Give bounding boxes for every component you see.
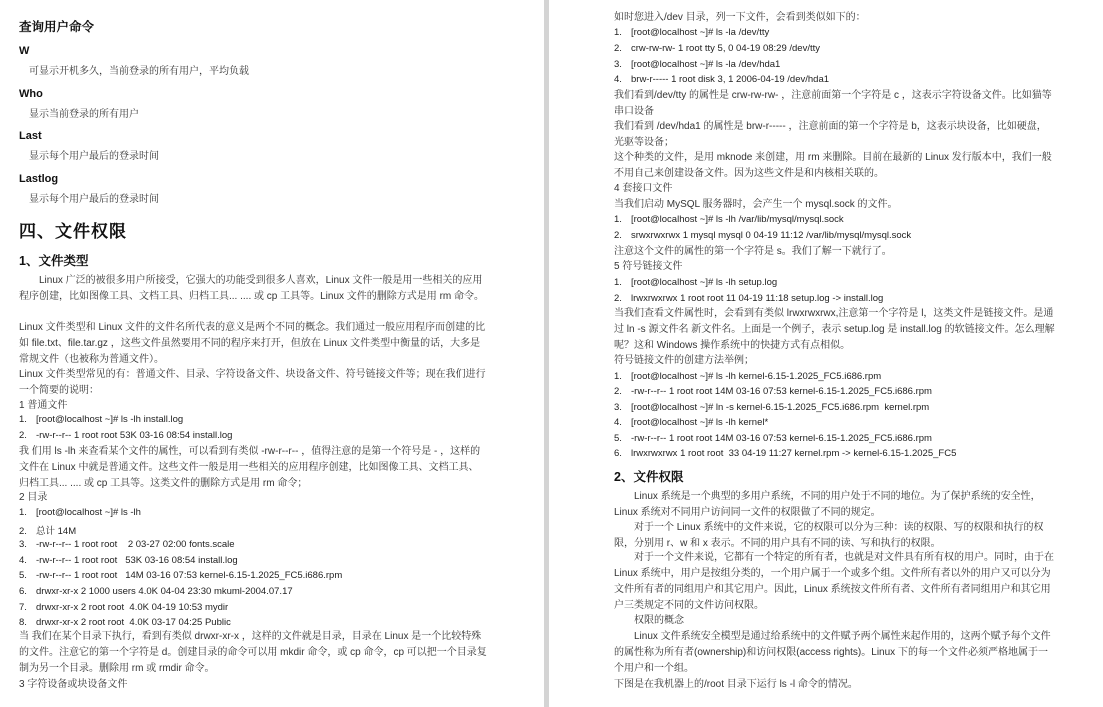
code-line: 1.[root@localhost ~]# ls -lh <box>19 507 141 518</box>
code-line: 2.srwxrwxrwx 1 mysql mysql 0 04-19 11:12… <box>614 230 911 241</box>
paragraph-dev-intro: 如时您进入/dev 目录，列一下文件，会看到类似如下的： <box>614 10 866 26</box>
code-line: 4.-rw-r--r-- 1 root root 53K 03-16 08:54… <box>19 555 238 566</box>
paragraph-file-type-list: Linux 文件类型常见的有：普通文件、目录、字符设备文件、块设备文件、符号链接… <box>19 367 487 399</box>
command-name-who: Who <box>19 88 43 100</box>
code-line: 7.drwxr-xr-x 2 root root 4.0K 04-19 10:5… <box>19 602 228 613</box>
paragraph-ls-l-figure: 下图是在我机器上的/root 目录下运行 ls -l 命令的情况。 <box>614 677 858 693</box>
paragraph-directory: 当 我们在某个目录下执行，看到有类似 drwxr-xr-x ，这样的文件就是目录… <box>19 629 487 677</box>
code-line: 1.[root@localhost ~]# ls -lh kernel-6.15… <box>614 371 881 382</box>
command-name-w: W <box>19 45 29 57</box>
code-line: 2.-rw-r--r-- 1 root root 14M 03-16 07:53… <box>614 386 932 397</box>
code-line: 2.lrwxrwxrwx 1 root root 11 04-19 11:18 … <box>614 293 883 304</box>
command-name-lastlog: Lastlog <box>19 173 58 185</box>
code-line: 4.brw-r----- 1 root disk 3, 1 2006-04-19… <box>614 74 829 85</box>
paragraph-permissions-intro: Linux 系统是一个典型的多用户系统，不同的用户处于不同的地位。为了保护系统的… <box>614 489 1056 521</box>
code-line: 2.总计 14M <box>19 523 76 537</box>
paragraph-security-model: Linux 文件系统安全模型是通过给系统中的文件赋予两个属性来起作用的，这两个赋… <box>614 629 1056 677</box>
code-line: 1.[root@localhost ~]# ls -lh setup.log <box>614 277 777 288</box>
label-regular-file: 1 普通文件 <box>19 398 67 414</box>
subsection-title-file-permissions: 2、文件权限 <box>614 467 683 485</box>
document-page-right: 如时您进入/dev 目录，列一下文件，会看到类似如下的： 1.[root@loc… <box>549 0 1103 707</box>
code-line: 1.[root@localhost ~]# ls -la /dev/tty <box>614 27 769 38</box>
label-symlink-file: 5 符号链接文件 <box>614 259 682 275</box>
paragraph-hda: 我们看到 /dev/hda1 的属性是 brw-r----- ，注意前面的第一个… <box>614 119 1056 151</box>
code-line: 5.-rw-r--r-- 1 root root 14M 03-16 07:53… <box>614 433 932 444</box>
paragraph-file-type-concept: Linux 文件类型和 Linux 文件的文件名所代表的意义是两个不同的概念。我… <box>19 320 487 368</box>
paragraph-regular-file: 我 们用 ls -lh 来查看某个文件的属性，可以看到有类似 -rw-r--r-… <box>19 444 487 492</box>
command-desc-who: 显示当前登录的所有用户 <box>29 107 139 123</box>
paragraph-linux-intro: Linux 广泛的被很多用户所接受，它强大的功能受到很多人喜欢，Linux 文件… <box>19 273 487 305</box>
code-line: 1.[root@localhost ~]# ls -lh /var/lib/my… <box>614 214 844 225</box>
command-desc-last: 显示每个用户最后的登录时间 <box>29 149 159 165</box>
command-desc-lastlog: 显示每个用户最后的登录时间 <box>29 192 159 208</box>
code-line: 8.drwxr-xr-x 2 root root 4.0K 03-17 04:2… <box>19 617 231 628</box>
paragraph-permissions-rwx: 对于一个 Linux 系统中的文件来说，它的权限可以分为三种：读的权限、写的权限… <box>614 520 1056 552</box>
code-line: 2.-rw-r--r-- 1 root root 53K 03-16 08:54… <box>19 430 232 441</box>
code-line: 2.crw-rw-rw- 1 root tty 5, 0 04-19 08:29… <box>614 43 820 54</box>
label-device-file: 3 字符设备或块设备文件 <box>19 677 127 693</box>
paragraph-permissions-owner: 对于一个文件来说，它都有一个特定的所有者，也就是对文件具有所有权的用户。同时，由… <box>614 550 1056 614</box>
command-desc-w: 可显示开机多久，当前登录的所有用户，平均负载 <box>29 64 249 80</box>
document-page-left: 查询用户命令 W 可显示开机多久，当前登录的所有用户，平均负载 Who 显示当前… <box>0 0 544 707</box>
paragraph-mknode: 这个种类的文件，是用 mknode 来创建，用 rm 来删除。目前在最新的 Li… <box>614 150 1056 182</box>
code-line: 3.[root@localhost ~]# ls -la /dev/hda1 <box>614 59 780 70</box>
code-line: 4.[root@localhost ~]# ls -lh kernel* <box>614 417 768 428</box>
label-socket-file: 4 套接口文件 <box>614 181 672 197</box>
code-line: 3.-rw-r--r-- 1 root root 2 03-27 02:00 f… <box>19 539 235 550</box>
paragraph-tty: 我们看到/dev/tty 的属性是 crw-rw-rw- ，注意前面第一个字符是… <box>614 88 1056 120</box>
code-line: 1.[root@localhost ~]# ls -lh install.log <box>19 414 183 425</box>
subsection-title-file-types: 1、文件类型 <box>19 251 88 269</box>
code-line: 5.-rw-r--r-- 1 root root 14M 03-16 07:53… <box>19 570 342 581</box>
paragraph-sock-note: 注意这个文件的属性的第一个字符是 s。我们了解一下就行了。 <box>614 244 892 260</box>
paragraph-symlink-example: 符号链接文件的创建方法举例； <box>614 353 754 369</box>
section-title-file-permissions: 四、文件权限 <box>19 217 127 242</box>
heading-query-user-commands: 查询用户命令 <box>19 17 94 35</box>
code-line: 3.[root@localhost ~]# ln -s kernel-6.15-… <box>614 402 929 413</box>
label-directory: 2 目录 <box>19 490 47 506</box>
label-permission-concept: 权限的概念 <box>634 613 684 629</box>
paragraph-mysql: 当我们启动 MySQL 服务器时，会产生一个 mysql.sock 的文件。 <box>614 197 898 213</box>
paragraph-symlink: 当我们查看文件属性时，会看到有类似 lrwxrwxrwx,注意第一个字符是 l，… <box>614 306 1056 354</box>
command-name-last: Last <box>19 130 42 142</box>
code-line: 6.lrwxrwxrwx 1 root root 33 04-19 11:27 … <box>614 448 956 459</box>
code-line: 6.drwxr-xr-x 2 1000 users 4.0K 04-04 23:… <box>19 586 293 597</box>
